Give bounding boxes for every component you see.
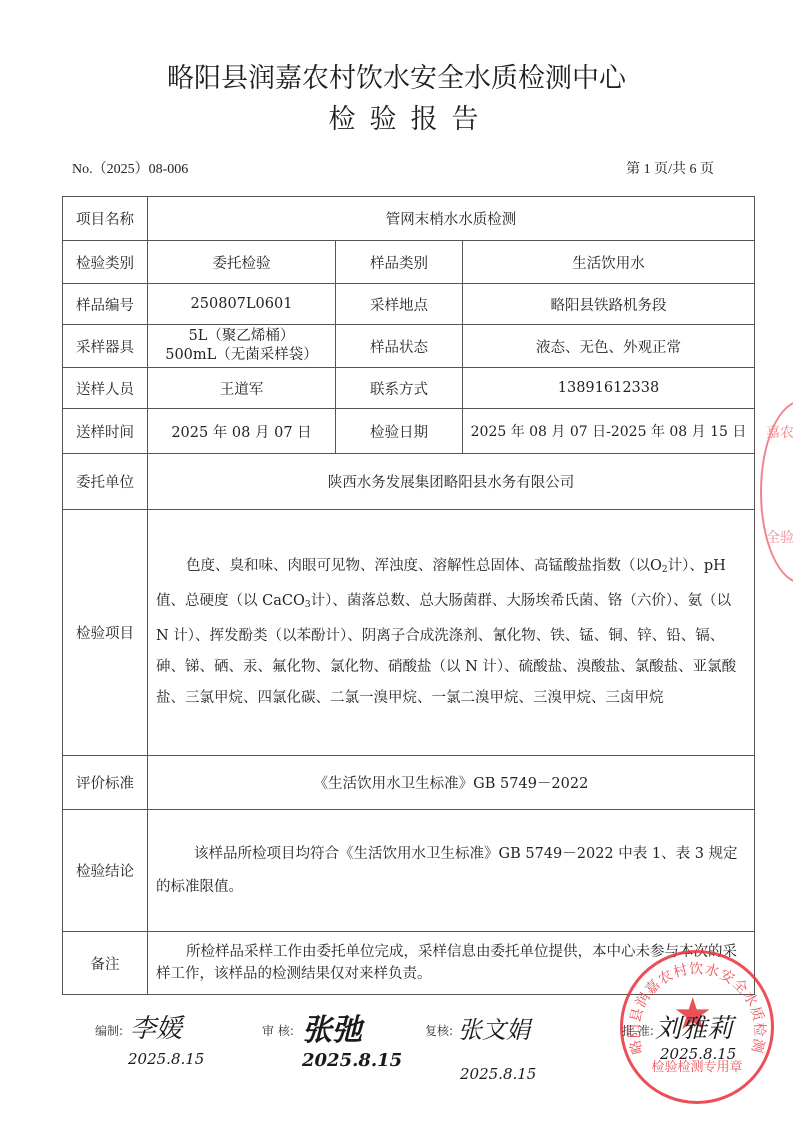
- value-send-time: 2025 年 08 月 07 日: [148, 409, 336, 454]
- label-contact: 联系方式: [336, 368, 463, 409]
- edge-seal-stamp: 嘉农村 全验: [760, 400, 793, 584]
- sampling-tool-2: 500mL（无菌采样袋）: [152, 346, 331, 365]
- row-sampling-tools: 采样器具 5L（聚乙烯桶） 500mL（无菌采样袋） 样品状态 液态、无色、外观…: [63, 325, 755, 368]
- value-inspection-items: 色度、臭和味、肉眼可见物、浑浊度、溶解性总固体、高锰酸盐指数（以O2计）、pH …: [148, 510, 755, 756]
- value-standard: 《生活饮用水卫生标准》GB 5749－2022: [148, 756, 755, 810]
- label-inspection-type: 检验类别: [63, 241, 148, 284]
- label-inspection-items: 检验项目: [63, 510, 148, 756]
- rechecker-signature: 张文娟: [458, 1010, 530, 1045]
- label-send-time: 送样时间: [63, 409, 148, 454]
- label-sample-state: 样品状态: [336, 325, 463, 368]
- report-number: No.（2025）08-006: [72, 158, 188, 178]
- row-send-time: 送样时间 2025 年 08 月 07 日 检验日期 2025 年 08 月 0…: [63, 409, 755, 454]
- row-inspection-items: 检验项目 色度、臭和味、肉眼可见物、浑浊度、溶解性总固体、高锰酸盐指数（以O2计…: [63, 510, 755, 756]
- value-sender: 王道军: [148, 368, 336, 409]
- compiler-label: 编制:: [95, 1022, 123, 1039]
- value-sampling-tools: 5L（聚乙烯桶） 500mL（无菌采样袋）: [148, 325, 336, 368]
- label-sampling-tools: 采样器具: [63, 325, 148, 368]
- value-sample-state: 液态、无色、外观正常: [463, 325, 755, 368]
- label-remarks: 备注: [63, 932, 148, 995]
- report-table: 项目名称 管网末梢水水质检测 检验类别 委托检验 样品类别 生活饮用水 样品编号…: [62, 196, 755, 995]
- rechecker-date: 2025.8.15: [460, 1065, 536, 1083]
- page-info: 第 1 页/共 6 页: [626, 158, 714, 178]
- value-conclusion: 该样品所检项目均符合《生活饮用水卫生标准》GB 5749－2022 中表 1、表…: [148, 810, 755, 932]
- approver-signature: 刘雅莉: [655, 1008, 733, 1045]
- sampling-tool-1: 5L（聚乙烯桶）: [152, 327, 331, 346]
- label-conclusion: 检验结论: [63, 810, 148, 932]
- row-conclusion: 检验结论 该样品所检项目均符合《生活饮用水卫生标准》GB 5749－2022 中…: [63, 810, 755, 932]
- label-project-name: 项目名称: [63, 197, 148, 241]
- reviewer-date: 2025.8.15: [302, 1050, 402, 1071]
- approver-date: 2025.8.15: [660, 1045, 736, 1063]
- label-inspection-date: 检验日期: [336, 409, 463, 454]
- row-project-name: 项目名称 管网末梢水水质检测: [63, 197, 755, 241]
- value-project-name: 管网末梢水水质检测: [148, 197, 755, 241]
- row-inspection-type: 检验类别 委托检验 样品类别 生活饮用水: [63, 241, 755, 284]
- compiler-date: 2025.8.15: [128, 1050, 204, 1068]
- value-inspection-date: 2025 年 08 月 07 日-2025 年 08 月 15 日: [463, 409, 755, 454]
- label-sampling-site: 采样地点: [336, 284, 463, 325]
- value-client: 陕西水务发展集团略阳县水务有限公司: [148, 454, 755, 510]
- report-org-title: 略阳县润嘉农村饮水安全水质检测中心: [0, 56, 793, 95]
- label-client: 委托单位: [63, 454, 148, 510]
- label-standard: 评价标准: [63, 756, 148, 810]
- value-sampling-site: 略阳县铁路机务段: [463, 284, 755, 325]
- label-sender: 送样人员: [63, 368, 148, 409]
- rechecker-label: 复核:: [425, 1022, 453, 1039]
- row-standard: 评价标准 《生活饮用水卫生标准》GB 5749－2022: [63, 756, 755, 810]
- row-sample-no: 样品编号 250807L0601 采样地点 略阳县铁路机务段: [63, 284, 755, 325]
- compiler-signature: 李媛: [130, 1008, 182, 1045]
- value-inspection-type: 委托检验: [148, 241, 336, 284]
- value-sample-no: 250807L0601: [148, 284, 336, 325]
- value-contact: 13891612338: [463, 368, 755, 409]
- reviewer-label: 审 核:: [262, 1022, 294, 1039]
- value-sample-type: 生活饮用水: [463, 241, 755, 284]
- row-sender: 送样人员 王道军 联系方式 13891612338: [63, 368, 755, 409]
- report-title: 检验报告: [0, 97, 793, 136]
- approver-label: 批 准:: [622, 1022, 654, 1039]
- reviewer-signature: 张弛: [302, 1005, 362, 1049]
- label-sample-type: 样品类别: [336, 241, 463, 284]
- row-client: 委托单位 陕西水务发展集团略阳县水务有限公司: [63, 454, 755, 510]
- label-sample-no: 样品编号: [63, 284, 148, 325]
